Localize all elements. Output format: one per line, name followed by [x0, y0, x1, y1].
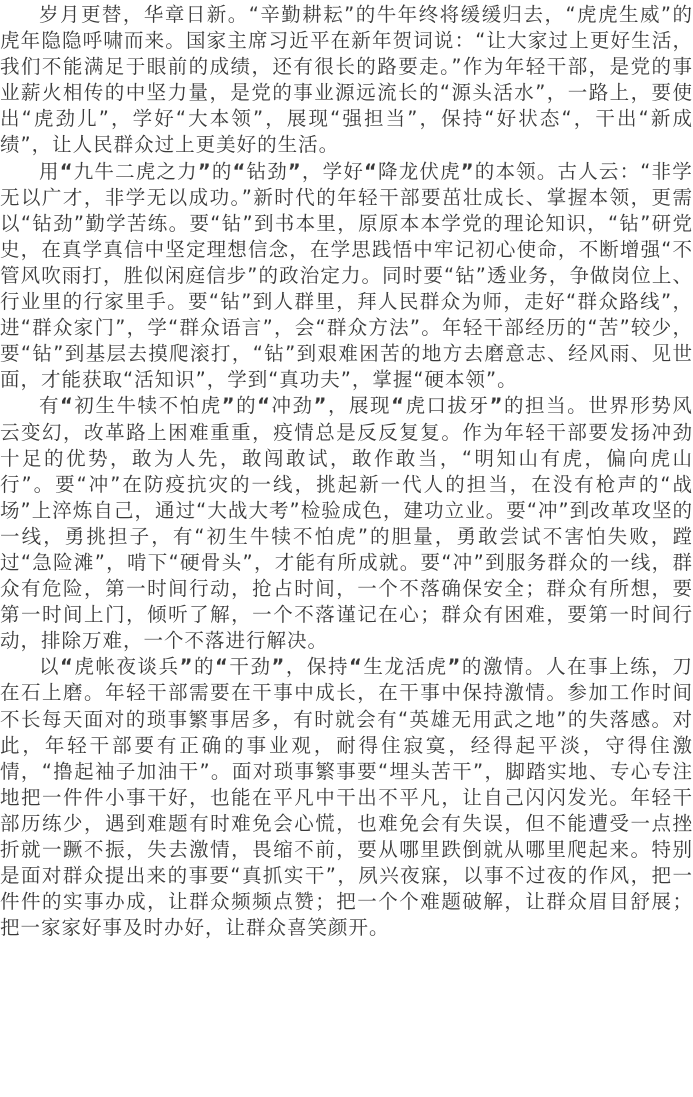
bold-quote-mark: ”: [490, 394, 504, 417]
article-body: 岁月更替，华章日新。“辛勤耕耘”的牛年终将缓缓归去，“虎虎生威”的虎年隐隐呼啸而…: [0, 0, 693, 941]
bold-quote-mark: “: [364, 160, 378, 183]
bold-quote-mark: ”: [272, 655, 286, 678]
bold-quote-mark: “: [215, 655, 229, 678]
bold-quote-mark: ”: [448, 655, 462, 678]
bold-quote-mark: “: [257, 394, 271, 417]
bold-quote-mark: “: [60, 655, 74, 678]
bold-quote-mark: ”: [314, 394, 328, 417]
paragraph-lead: 用“九牛二虎之力”的“钻劲”，学好“降龙伏虎”的本领。: [39, 160, 558, 183]
bold-quote-mark: ”: [288, 160, 302, 183]
bold-quote-mark: “: [60, 394, 74, 417]
paragraph-text: 人在事上练，刀在石上磨。年轻干部需要在干事中成长，在干事中保持激情。参加工作时间…: [0, 655, 693, 939]
paragraph-working-spirit: 以“虎帐夜谈兵”的“干劲”，保持“生龙活虎”的激情。人在事上练，刀在石上磨。年轻…: [0, 654, 693, 941]
bold-quote-mark: “: [60, 160, 74, 183]
paragraph-lead: 有“初生牛犊不怕虎”的“冲劲”，展现“虎口拔牙”的担当。: [39, 394, 588, 417]
bold-quote-mark: “: [233, 160, 247, 183]
bold-quote-mark: “: [349, 655, 363, 678]
bold-quote-mark: ”: [198, 160, 212, 183]
paragraph-intro: 岁月更替，华章日新。“辛勤耕耘”的牛年终将缓缓归去，“虎虎生威”的虎年隐隐呼啸而…: [0, 2, 693, 159]
bold-quote-mark: ”: [222, 394, 236, 417]
paragraph-text: 世界形势风云变幻，改革路上困难重重，疫情总是反反复复。作为年轻干部要发扬冲劲十足…: [0, 394, 693, 652]
paragraph-charging-spirit: 有“初生牛犊不怕虎”的“冲劲”，展现“虎口拔牙”的担当。世界形势风云变幻，改革路…: [0, 393, 693, 654]
paragraph-text: 古人云：“非学无以广才，非学无以成功。”新时代的年轻干部要茁壮成长、掌握本领，更…: [0, 160, 693, 392]
paragraph-lead: 以“虎帐夜谈兵”的“干劲”，保持“生龙活虎”的激情。: [39, 655, 546, 678]
bold-quote-mark: ”: [461, 160, 475, 183]
bold-quote-mark: ”: [180, 655, 194, 678]
bold-quote-mark: “: [391, 394, 405, 417]
paragraph-text: 岁月更替，华章日新。“辛勤耕耘”的牛年终将缓缓归去，“虎虎生威”的虎年隐隐呼啸而…: [0, 3, 693, 156]
paragraph-drilling-spirit: 用“九牛二虎之力”的“钻劲”，学好“降龙伏虎”的本领。古人云：“非学无以广才，非…: [0, 159, 693, 394]
